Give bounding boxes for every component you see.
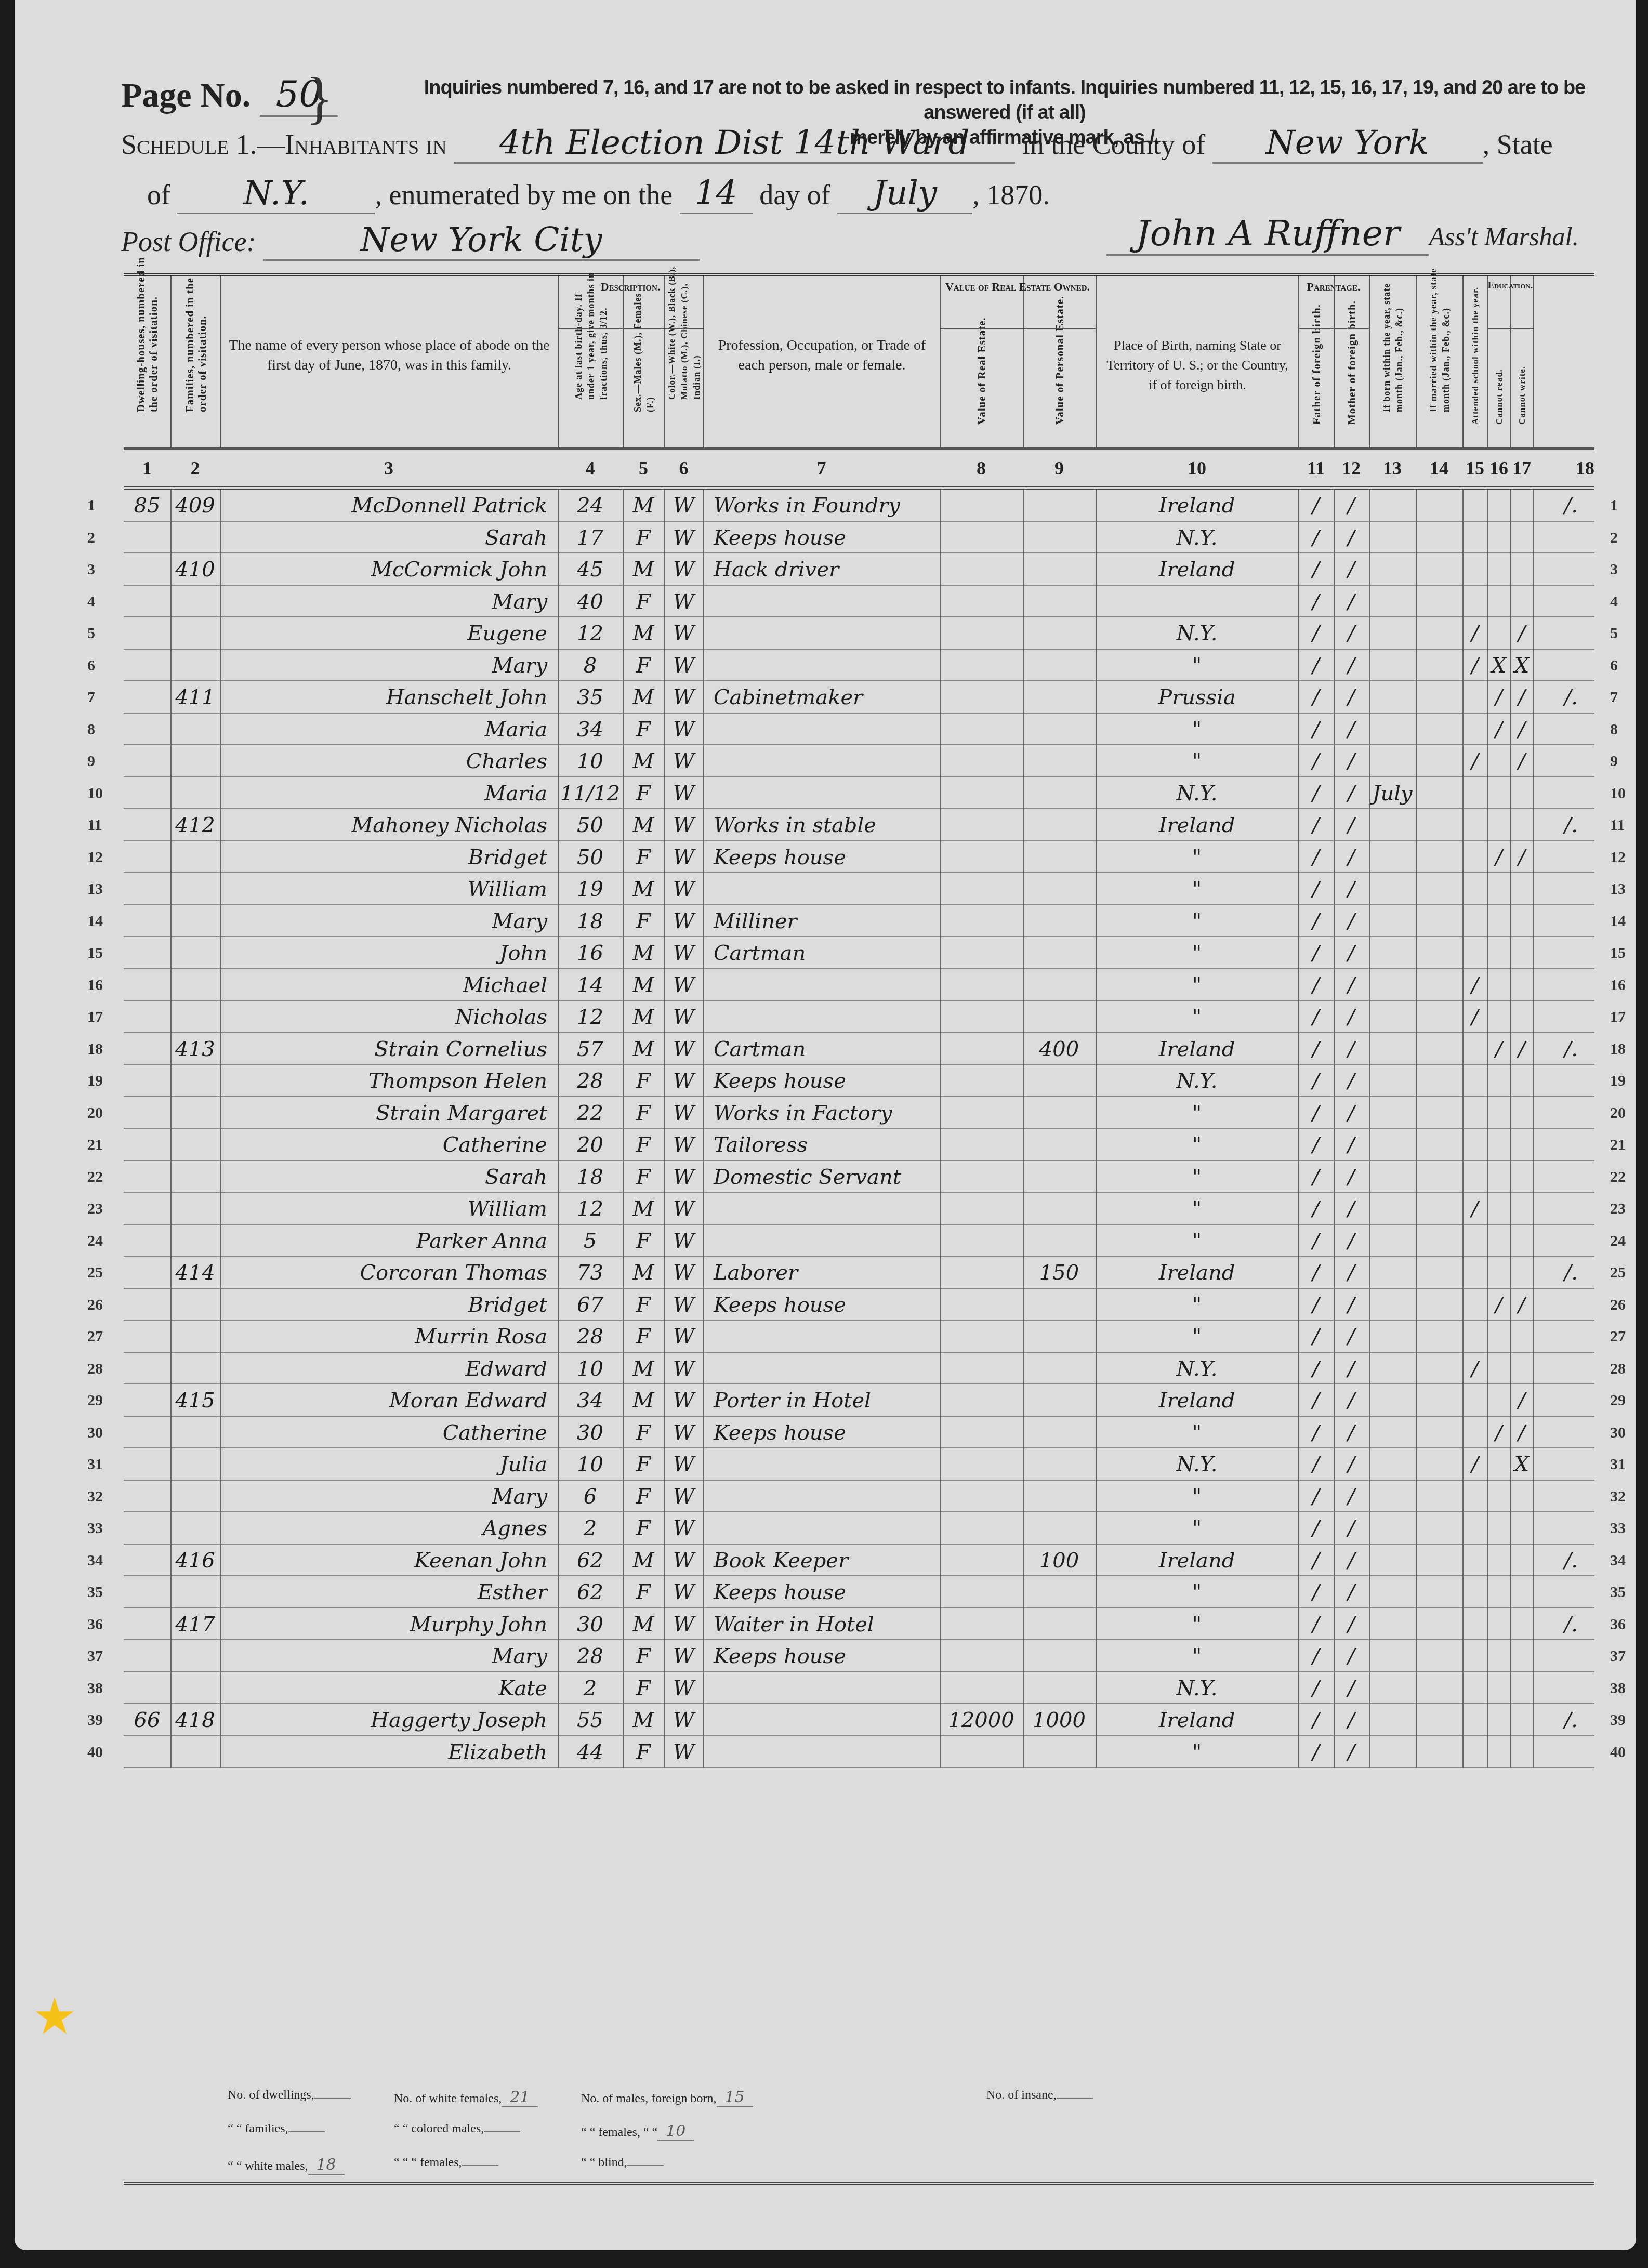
cell-dwelling: 85 [124, 494, 170, 518]
col-number: 18 [1533, 457, 1637, 479]
line-number-right: 39 [1610, 1711, 1626, 1729]
cell-cannot-read: / [1487, 846, 1510, 869]
cell-family: 409 [170, 494, 220, 518]
cell-family: 412 [170, 813, 220, 837]
cell-mother-foreign: / [1334, 1517, 1369, 1540]
line-number: 3 [87, 561, 95, 578]
cell-color: W [664, 1389, 703, 1413]
cell-color: W [664, 909, 703, 933]
cell-mother-foreign: / [1334, 1133, 1369, 1157]
col-9-header: Value of Personal Estate. [1023, 276, 1096, 447]
cell-sex: F [623, 1069, 664, 1093]
cell-mother-foreign: / [1334, 1357, 1369, 1381]
cell-birthplace: Ireland [1096, 494, 1298, 518]
cell-father-foreign: / [1298, 909, 1334, 933]
line-number-right: 35 [1610, 1584, 1626, 1601]
cell-color: W [664, 1613, 703, 1637]
line-number: 5 [87, 625, 95, 642]
line-number-right: 18 [1610, 1040, 1626, 1058]
cell-age: 18 [558, 909, 623, 933]
cell-mother-foreign: / [1334, 1740, 1369, 1764]
cell-name: Edward [220, 1357, 558, 1381]
cell-color: W [664, 494, 703, 518]
cell-cannot-read: X [1487, 654, 1510, 678]
cell-mother-foreign: / [1334, 1389, 1369, 1413]
cell-age: 50 [558, 846, 623, 869]
cell-sex: F [623, 1517, 664, 1540]
blind-count: “ “ blind, [581, 2156, 664, 2170]
cell-name: Thompson Helen [220, 1069, 558, 1093]
table-row: 1616Michael14MW"/// [124, 969, 1594, 1001]
table-row: 1185409McDonnell Patrick24MWWorks in Fou… [124, 490, 1594, 522]
line-number: 31 [87, 1456, 103, 1473]
cell-birthplace: " [1096, 1517, 1298, 1540]
cell-age: 12 [558, 622, 623, 645]
cell-father-foreign: / [1298, 1133, 1334, 1157]
cell-sex: M [623, 973, 664, 997]
cell-occupation: Keeps house [703, 1580, 950, 1604]
line-number: 33 [87, 1520, 103, 1537]
cell-father-foreign: / [1298, 1517, 1334, 1540]
cell-name: Michael [220, 973, 558, 997]
cell-citizen: /. [1548, 494, 1594, 518]
cell-father-foreign: / [1298, 1549, 1334, 1573]
line-number: 26 [87, 1296, 103, 1314]
col-12-header: Mother of foreign birth. [1334, 276, 1369, 447]
cell-occupation: Hack driver [703, 558, 950, 582]
cell-occupation: Milliner [703, 909, 950, 933]
cell-occupation: Keeps house [703, 1644, 950, 1668]
table-row: 2222Sarah18FWDomestic Servant"// [124, 1161, 1594, 1193]
state-field: N.Y. [177, 174, 375, 214]
cell-father-foreign: / [1298, 1613, 1334, 1637]
cell-name: Corcoran Thomas [220, 1261, 558, 1285]
cell-age: 62 [558, 1580, 623, 1604]
col-number: 13 [1369, 457, 1416, 479]
cell-birthplace: " [1096, 1740, 1298, 1764]
cell-school: / [1462, 973, 1487, 997]
cell-sex: F [623, 909, 664, 933]
cell-father-foreign: / [1298, 1357, 1334, 1381]
cell-birthplace: " [1096, 654, 1298, 678]
cell-sex: M [623, 749, 664, 773]
col-11-header: Father of foreign birth. [1298, 276, 1334, 447]
cell-mother-foreign: / [1334, 718, 1369, 742]
cell-name: Haggerty Joseph [220, 1708, 558, 1732]
line-number: 29 [87, 1392, 103, 1409]
cell-name: McDonnell Patrick [220, 494, 558, 518]
cell-personal-estate: 100 [1023, 1549, 1096, 1573]
cell-name: Maria [220, 718, 558, 742]
cell-birthplace: Ireland [1096, 813, 1298, 837]
cell-father-foreign: / [1298, 1325, 1334, 1349]
cell-citizen: /. [1548, 685, 1594, 709]
cell-age: 20 [558, 1133, 623, 1157]
cell-father-foreign: / [1298, 1677, 1334, 1700]
table-row: 1818413Strain Cornelius57MWCartman400Ire… [124, 1033, 1594, 1065]
cell-color: W [664, 1517, 703, 1540]
cell-father-foreign: / [1298, 1644, 1334, 1668]
cell-mother-foreign: / [1334, 1165, 1369, 1189]
county-label: in the County of [1022, 129, 1205, 160]
cell-mother-foreign: / [1334, 1229, 1369, 1253]
cell-color: W [664, 1293, 703, 1317]
cell-birthplace: " [1096, 973, 1298, 997]
cell-school: / [1462, 749, 1487, 773]
cell-father-foreign: / [1298, 941, 1334, 965]
cell-color: W [664, 590, 703, 614]
cell-father-foreign: / [1298, 782, 1334, 806]
cell-age: 40 [558, 590, 623, 614]
table-row: 1515John16MWCartman"// [124, 937, 1594, 969]
cell-mother-foreign: / [1334, 685, 1369, 709]
cell-mother-foreign: / [1334, 526, 1369, 550]
cell-birthplace: Ireland [1096, 1389, 1298, 1413]
cell-name: Mary [220, 654, 558, 678]
cell-name: Murrin Rosa [220, 1325, 558, 1349]
table-row: 1717Nicholas12MW"/// [124, 1001, 1594, 1033]
cell-father-foreign: / [1298, 1229, 1334, 1253]
table-row: 3737Mary28FWKeeps house"// [124, 1640, 1594, 1672]
table-row: 4040Elizabeth44FW"// [124, 1736, 1594, 1769]
line-number: 7 [87, 689, 95, 706]
state-label: , State [1483, 129, 1553, 160]
cell-family: 415 [170, 1389, 220, 1413]
line-number-right: 6 [1610, 657, 1618, 675]
cell-birthplace: N.Y. [1096, 1453, 1298, 1476]
cell-sex: F [623, 1644, 664, 1668]
table-row: 2727Murrin Rosa28FW"// [124, 1321, 1594, 1353]
line-number-right: 11 [1610, 816, 1625, 834]
cell-name: Mary [220, 1485, 558, 1509]
line-number-right: 21 [1610, 1136, 1626, 1154]
cell-sex: M [623, 1005, 664, 1029]
cell-sex: M [623, 941, 664, 965]
cell-name: William [220, 1197, 558, 1221]
cell-personal-estate: 150 [1023, 1261, 1096, 1285]
table-row: 3434416Keenan John62MWBook Keeper100Irel… [124, 1545, 1594, 1577]
cell-cannot-read: / [1487, 718, 1510, 742]
line-number: 37 [87, 1647, 103, 1665]
line-number: 12 [87, 849, 103, 866]
col-5-header: Sex.—Males (M.), Females (F.) [623, 276, 664, 447]
line-number-right: 29 [1610, 1392, 1626, 1409]
cell-occupation: Cabinetmaker [703, 685, 950, 709]
cell-father-foreign: / [1298, 718, 1334, 742]
table-row: 2525414Corcoran Thomas73MWLaborer150Irel… [124, 1257, 1594, 1289]
line-number-right: 15 [1610, 944, 1626, 962]
cell-father-foreign: / [1298, 973, 1334, 997]
table-row: 3535Esther62FWKeeps house"// [124, 1576, 1594, 1608]
table-row: 3232Mary6FW"// [124, 1481, 1594, 1513]
col-2-text: Families, numbered in the order of visit… [183, 256, 208, 412]
cell-mother-foreign: / [1334, 1261, 1369, 1285]
col-number: 6 [664, 457, 703, 479]
cell-birthplace: N.Y. [1096, 1677, 1298, 1700]
cell-sex: F [623, 654, 664, 678]
cell-birthplace: " [1096, 941, 1298, 965]
cell-father-foreign: / [1298, 590, 1334, 614]
cell-father-foreign: / [1298, 1069, 1334, 1093]
cell-father-foreign: / [1298, 1101, 1334, 1125]
group-divider [558, 328, 703, 329]
cell-occupation: Waiter in Hotel [703, 1613, 950, 1637]
table-row: 3131Julia10FWN.Y.///X [124, 1448, 1594, 1481]
cell-sex: M [623, 1708, 664, 1732]
cell-name: Sarah [220, 526, 558, 550]
cell-sex: M [623, 1037, 664, 1061]
cell-name: John [220, 941, 558, 965]
line-number: 39 [87, 1711, 103, 1729]
cell-age: 2 [558, 1677, 623, 1700]
schedule-label: Schedule 1.—Inhabitants in [121, 129, 447, 160]
cell-mother-foreign: / [1334, 558, 1369, 582]
cell-sex: M [623, 813, 664, 837]
cell-age: 2 [558, 1517, 623, 1540]
cell-age: 67 [558, 1293, 623, 1317]
cell-age: 34 [558, 718, 623, 742]
line-number: 21 [87, 1136, 103, 1154]
line-number: 14 [87, 913, 103, 930]
line-number: 20 [87, 1104, 103, 1122]
table-row: 1111412Mahoney Nicholas50MWWorks in stab… [124, 809, 1594, 841]
cell-occupation: Works in stable [703, 813, 950, 837]
col-13-header: If born within the year, state month (Ja… [1369, 276, 1416, 447]
families-count: “ “ families, [228, 2122, 325, 2136]
cell-father-foreign: / [1298, 622, 1334, 645]
col-number: 4 [558, 457, 623, 479]
cell-occupation: Cartman [703, 1037, 950, 1061]
line-number-right: 38 [1610, 1680, 1626, 1697]
cell-name: Maria [220, 782, 558, 806]
line-number-right: 30 [1610, 1424, 1626, 1442]
cell-color: W [664, 1644, 703, 1668]
col-18-header [1533, 276, 1557, 447]
line-number-right: 31 [1610, 1456, 1626, 1473]
cell-name: Kate [220, 1677, 558, 1700]
cell-cannot-read: / [1487, 685, 1510, 709]
cell-name: Esther [220, 1580, 558, 1604]
table-body: 1185409McDonnell Patrick24MWWorks in Fou… [124, 490, 1594, 1768]
cell-color: W [664, 622, 703, 645]
col-15-text: Attended school within the year. [1469, 287, 1482, 425]
col-6-header: Color.—White (W.), Black (B.), Mulatto (… [664, 276, 703, 447]
line-number: 32 [87, 1488, 103, 1506]
col-17-text: Cannot write. [1516, 366, 1528, 425]
cell-age: 10 [558, 1453, 623, 1476]
cell-color: W [664, 1229, 703, 1253]
cell-cannot-write: / [1510, 685, 1533, 709]
cell-real-estate: 12000 [940, 1708, 1023, 1732]
cell-mother-foreign: / [1334, 782, 1369, 806]
summary-footer: No. of dwellings, No. of white females,2… [124, 2073, 1594, 2185]
col-13-text: If born within the year, state month (Ja… [1380, 267, 1405, 412]
cell-occupation: Tailoress [703, 1133, 950, 1157]
cell-cannot-write: X [1510, 654, 1533, 678]
cell-age: 12 [558, 1197, 623, 1221]
cell-color: W [664, 558, 703, 582]
cell-personal-estate: 1000 [1023, 1708, 1096, 1732]
cell-citizen: /. [1548, 1708, 1594, 1732]
col-number: 17 [1510, 457, 1533, 479]
col-number: 9 [1023, 457, 1096, 479]
cell-sex: M [623, 1261, 664, 1285]
month-field: July [837, 174, 972, 214]
cell-cannot-write: / [1510, 622, 1533, 645]
cell-father-foreign: / [1298, 1293, 1334, 1317]
cell-birthplace: Ireland [1096, 1549, 1298, 1573]
line-number-right: 24 [1610, 1232, 1626, 1250]
cell-occupation: Keeps house [703, 1293, 950, 1317]
cell-birthplace: " [1096, 1101, 1298, 1125]
cell-cannot-write: / [1510, 718, 1533, 742]
line-number: 35 [87, 1584, 103, 1601]
star-icon[interactable]: ★ [32, 1992, 77, 2042]
cell-occupation: Keeps house [703, 1069, 950, 1093]
cell-sex: M [623, 1197, 664, 1221]
col-2-header: Families, numbered in the order of visit… [170, 276, 220, 447]
line-number: 18 [87, 1040, 103, 1058]
line-number-right: 25 [1610, 1264, 1626, 1282]
cell-name: Hanschelt John [220, 685, 558, 709]
col-16-header: Cannot read. [1487, 276, 1510, 447]
cell-age: 35 [558, 685, 623, 709]
marshal-signature-line: John A RuffnerAss't Marshal. [1106, 213, 1579, 256]
cell-mother-foreign: / [1334, 941, 1369, 965]
table-row: 2828Edward10MWN.Y./// [124, 1353, 1594, 1385]
line-number-right: 2 [1610, 529, 1618, 547]
cell-age: 17 [558, 526, 623, 550]
line-number-right: 19 [1610, 1072, 1626, 1090]
cell-citizen: /. [1548, 1037, 1594, 1061]
cell-color: W [664, 1197, 703, 1221]
cell-father-foreign: / [1298, 846, 1334, 869]
line-number: 4 [87, 593, 95, 611]
col-number: 10 [1096, 457, 1298, 479]
schedule-line: Schedule 1.—Inhabitants in 4th Election … [121, 124, 1553, 164]
table-row: 1010Maria11/12FWN.Y.//July [124, 777, 1594, 810]
cell-cannot-write: X [1510, 1453, 1533, 1476]
cell-birthplace: N.Y. [1096, 622, 1298, 645]
marshal-signature: John A Ruffner [1106, 213, 1429, 256]
cell-color: W [664, 1740, 703, 1764]
cell-color: W [664, 1485, 703, 1509]
cell-name: Parker Anna [220, 1229, 558, 1253]
cell-birthplace: Ireland [1096, 1708, 1298, 1732]
cell-color: W [664, 749, 703, 773]
col-4-header: Age at last birth-day. If under 1 year, … [558, 276, 623, 447]
cell-age: 62 [558, 1549, 623, 1573]
district-field: 4th Election Dist 14th Ward [454, 124, 1015, 164]
line-number: 6 [87, 657, 95, 675]
cell-name: Nicholas [220, 1005, 558, 1029]
cell-mother-foreign: / [1334, 1421, 1369, 1445]
line-number: 23 [87, 1200, 103, 1218]
col-number: 2 [170, 457, 220, 479]
col-10-text: Place of Birth, naming State or Territor… [1097, 336, 1298, 395]
col-1-header: Dwelling-houses, numbered in the order o… [124, 276, 170, 447]
cell-birthplace: " [1096, 1580, 1298, 1604]
line-number: 9 [87, 753, 95, 770]
cell-name: Elizabeth [220, 1740, 558, 1764]
line-number: 2 [87, 529, 95, 547]
cell-age: 30 [558, 1421, 623, 1445]
cell-age: 5 [558, 1229, 623, 1253]
cell-mother-foreign: / [1334, 846, 1369, 869]
cell-occupation: Porter in Hotel [703, 1389, 950, 1413]
cell-age: 30 [558, 1613, 623, 1637]
cell-citizen: /. [1548, 813, 1594, 837]
col-11-text: Father of foreign birth. [1310, 304, 1323, 425]
cell-father-foreign: / [1298, 1197, 1334, 1221]
cell-father-foreign: / [1298, 558, 1334, 582]
description-group: Description. [558, 280, 703, 294]
enumeration-line: of N.Y., enumerated by me on the 14 day … [147, 174, 1050, 214]
col-number: 7 [703, 457, 940, 479]
line-number-right: 13 [1610, 880, 1626, 898]
line-number-right: 36 [1610, 1616, 1626, 1633]
cell-cannot-read: / [1487, 1421, 1510, 1445]
cell-sex: F [623, 1453, 664, 1476]
cell-age: 73 [558, 1261, 623, 1285]
enumerated-label: , enumerated by me on the [375, 179, 673, 210]
cell-mother-foreign: / [1334, 1197, 1369, 1221]
cell-color: W [664, 654, 703, 678]
cell-sex: M [623, 494, 664, 518]
cell-sex: M [623, 622, 664, 645]
line-number-right: 17 [1610, 1008, 1626, 1026]
cell-color: W [664, 941, 703, 965]
cell-age: 28 [558, 1644, 623, 1668]
cell-birthplace: N.Y. [1096, 1069, 1298, 1093]
cell-school: / [1462, 1453, 1487, 1476]
column-numbers: 1 2 3 4 5 6 7 8 9 10 11 12 13 14 15 16 1… [124, 450, 1594, 490]
cell-cannot-write: / [1510, 1421, 1533, 1445]
cell-birthplace: " [1096, 1613, 1298, 1637]
line-number-right: 26 [1610, 1296, 1626, 1314]
col-number: 12 [1334, 457, 1369, 479]
cell-name: Sarah [220, 1165, 558, 1189]
cell-color: W [664, 1101, 703, 1125]
line-number-right: 32 [1610, 1488, 1626, 1506]
cell-color: W [664, 718, 703, 742]
cell-sex: F [623, 1740, 664, 1764]
cell-family: 413 [170, 1037, 220, 1061]
line-number-right: 7 [1610, 689, 1618, 706]
line-number: 25 [87, 1264, 103, 1282]
cell-birthplace: " [1096, 1644, 1298, 1668]
cell-father-foreign: / [1298, 813, 1334, 837]
cell-birthplace: " [1096, 1165, 1298, 1189]
table-row: 3838Kate2FWN.Y.// [124, 1672, 1594, 1705]
table-row: 88Maria34FW"//// [124, 714, 1594, 746]
cell-sex: F [623, 590, 664, 614]
cell-mother-foreign: / [1334, 1677, 1369, 1700]
col-12-text: Mother of foreign birth. [1346, 300, 1358, 425]
cell-father-foreign: / [1298, 1580, 1334, 1604]
cell-family: 417 [170, 1613, 220, 1637]
table-row: 55Eugene12MWN.Y.//// [124, 617, 1594, 650]
cell-name: Agnes [220, 1517, 558, 1540]
instruction-line-1: Inquiries numbered 7, 16, and 17 are not… [407, 75, 1602, 125]
cell-father-foreign: / [1298, 685, 1334, 709]
cell-father-foreign: / [1298, 1037, 1334, 1061]
cell-father-foreign: / [1298, 877, 1334, 901]
table-row: 66Mary8FW"///XX [124, 650, 1594, 682]
col-7-header: Profession, Occupation, or Trade of each… [703, 276, 940, 447]
white-females-count: No. of white females,21 [394, 2088, 538, 2107]
cell-occupation: Keeps house [703, 526, 950, 550]
